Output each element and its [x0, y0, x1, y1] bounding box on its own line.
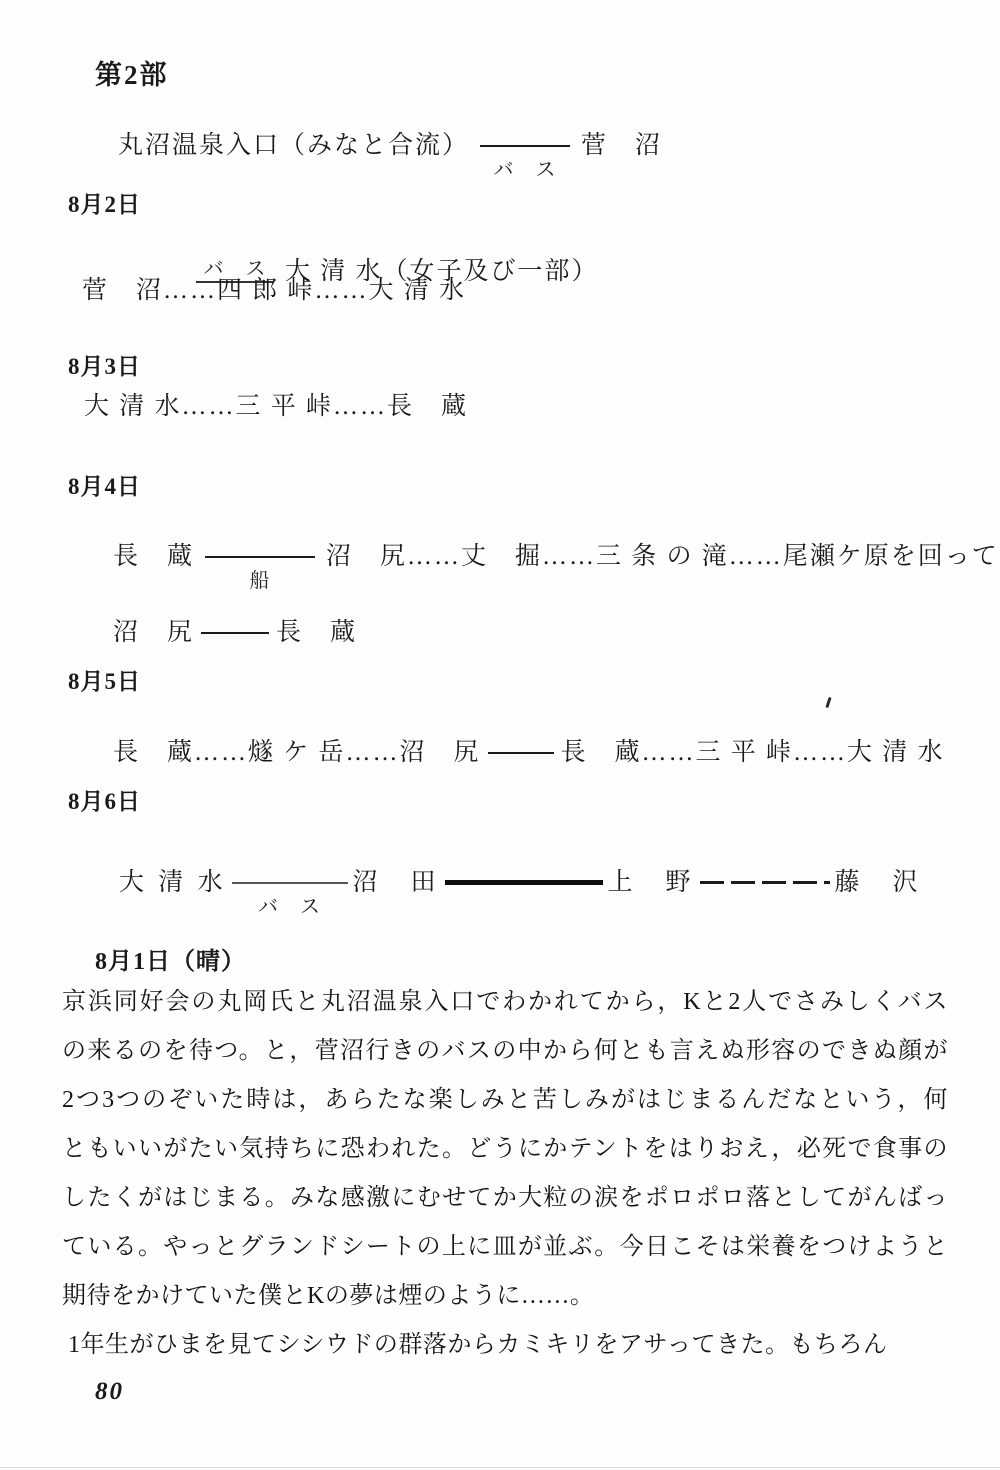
diary-line: 期待をかけていた僕とKの夢は煙のように……。 [62, 1280, 948, 1329]
diary-body: 京浜同好会の丸岡氏と丸沼温泉入口でわかれてから，Kと2人でさみしくバス の来るの… [62, 986, 948, 1378]
route-line [487, 738, 555, 768]
diary-line: ともいいがたい気持ちに恐われた。どうにかテントをはりおえ，必死で食事の [62, 1133, 948, 1182]
route-aug5: 長 蔵……燧 ケ 岳……沼 尻長 蔵……三 平 峠……大 清 水 [80, 708, 945, 798]
route-marunuma-suganuma: 丸沼温泉入口（みなと合流）バ ス菅 沼 [85, 101, 662, 191]
route-from-label: 長 蔵 [113, 543, 194, 570]
route-line-bar [232, 882, 348, 884]
diary-line: ている。やっとグランドシートの上に皿が並ぶ。今日こそは栄養をつけようと [62, 1231, 948, 1280]
route-from-label: 丸沼温泉入口（みなと合流） [118, 132, 469, 159]
route-to-label: 長 蔵 [276, 619, 357, 646]
diary-line: 京浜同好会の丸岡氏と丸沼温泉入口でわかれてから，Kと2人でさみしくバス [62, 986, 948, 1035]
route-stop-label: 大 清 水 [119, 869, 227, 896]
date-aug3: 8月3日 [68, 348, 141, 381]
route-stop-label: 沼 田 [353, 869, 440, 896]
train-route-line [699, 868, 831, 898]
route-line-bar [480, 145, 570, 147]
date-aug2: 8月2日 [68, 186, 141, 219]
bus-label: バ ス [258, 892, 321, 922]
diary-date-heading: 8月1日（晴） [95, 941, 246, 976]
route-left-label: 長 蔵……燧 ケ 岳……沼 尻 [113, 739, 481, 766]
date-aug5: 8月5日 [68, 663, 141, 696]
route-line-bar [205, 556, 315, 558]
bus-route-line: バ ス [231, 868, 349, 898]
train-route-line [444, 868, 604, 898]
route-aug2-walk: 菅 沼……四 郎 峠……大 清 水 [82, 276, 466, 306]
bus-route-line: バ ス [479, 131, 571, 161]
part-title: 第2部 [95, 53, 169, 92]
route-line-bar [445, 880, 603, 885]
route-line-bar [488, 752, 554, 754]
route-aug6: 大 清 水バ ス沼 田上 野藤 沢 [78, 838, 922, 928]
route-line-bar [700, 881, 830, 884]
diary-line: 2つ3つのぞいた時は，あらたな楽しみと苦しみがはじまるんだなという，何 [62, 1084, 948, 1133]
route-line [200, 618, 270, 648]
diary-line: したくがはじまる。みな感激にむせてか大粒の涙をポロポロ落としてがんばっ [62, 1182, 948, 1231]
scan-edge-line [0, 1467, 1000, 1468]
route-right-label: 長 蔵……三 平 峠……大 清 水 [561, 739, 945, 766]
route-aug3-walk: 大 清 水……三 平 峠……長 蔵 [84, 392, 468, 422]
diary-line: 1年生がひまを見てシシウドの群落からカミキリをアサってきた。もちろん [62, 1329, 948, 1378]
boat-route-line: 船 [204, 542, 316, 572]
route-to-label: 菅 沼 [581, 132, 662, 159]
route-stop-label: 藤 沢 [835, 869, 922, 896]
route-line-bar [201, 632, 269, 634]
ink-speck [825, 697, 831, 708]
page-number: 80 [95, 1378, 124, 1406]
diary-line: の来るのを待つ。と，菅沼行きのバスの中から何とも言えぬ形容のできぬ顔が [62, 1035, 948, 1084]
date-aug6: 8月6日 [68, 783, 141, 816]
scanned-book-page: 第2部 丸沼温泉入口（みなと合流）バ ス菅 沼 8月2日 バ ス大 清 水（女子… [0, 0, 1000, 1470]
route-stop-label: 上 野 [608, 869, 695, 896]
date-aug4: 8月4日 [68, 468, 141, 501]
bus-label: バ ス [494, 155, 557, 185]
route-rest-label: 沼 尻……丈 掘……三 条 の 滝……尾瀬ケ原を回って [326, 543, 999, 570]
route-from-label: 沼 尻 [113, 619, 194, 646]
